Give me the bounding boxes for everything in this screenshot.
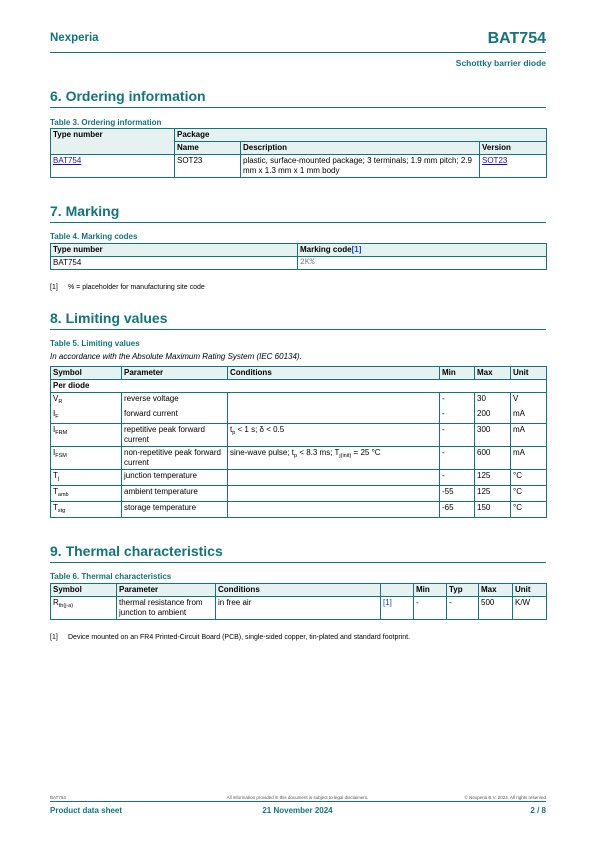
- column-header: Typ: [447, 584, 479, 597]
- table-row: IFSM non-repetitive peak forward current…: [51, 447, 547, 470]
- column-header: Package: [175, 129, 547, 142]
- parameter: repetitive peak forward current: [122, 424, 228, 447]
- footnote-number: [1]: [50, 284, 68, 291]
- table-row: Tamb ambient temperature -55 125 °C: [51, 486, 547, 502]
- min-value: -: [414, 597, 447, 620]
- footer-date: 21 November 2024: [0, 806, 595, 815]
- unit: mA: [511, 408, 547, 424]
- max-value: 125: [475, 470, 511, 486]
- brand-name: Nexperia: [50, 32, 99, 44]
- conditions: [228, 408, 440, 424]
- max-value: 300: [475, 424, 511, 447]
- footnote-text: Device mounted on an FR4 Printed-Circuit…: [68, 634, 410, 641]
- conditions: [228, 470, 440, 486]
- table-subcaption: In accordance with the Absolute Maximum …: [50, 352, 302, 361]
- table-caption: Table 6. Thermal characteristics: [50, 572, 171, 581]
- column-header: Max: [475, 367, 511, 380]
- symbol: Tstg: [51, 502, 122, 518]
- column-header: [381, 584, 414, 597]
- parameter: forward current: [122, 408, 228, 424]
- table-caption: Table 4. Marking codes: [50, 232, 137, 241]
- min-value: -: [440, 393, 475, 409]
- max-value: 200: [475, 408, 511, 424]
- footnote-number: [1]: [50, 634, 68, 641]
- section-divider: [50, 107, 546, 108]
- parameter: thermal resistance from junction to ambi…: [117, 597, 216, 620]
- section-divider: [50, 222, 546, 223]
- column-header: Symbol: [51, 367, 122, 380]
- symbol: Tj: [51, 470, 122, 486]
- min-value: -55: [440, 486, 475, 502]
- column-header: Parameter: [117, 584, 216, 597]
- min-value: -: [440, 424, 475, 447]
- column-header: Symbol: [51, 584, 117, 597]
- column-header: Conditions: [216, 584, 381, 597]
- conditions: tp < 1 s; δ < 0.5: [228, 424, 440, 447]
- max-value: 125: [475, 486, 511, 502]
- min-value: -: [440, 470, 475, 486]
- column-header: Version: [480, 142, 547, 155]
- header-divider: [50, 52, 546, 53]
- unit: °C: [511, 502, 547, 518]
- ordering-table: Type number Package Name Description Ver…: [50, 128, 547, 178]
- symbol: Tamb: [51, 486, 122, 502]
- type-number: BAT754: [51, 257, 298, 270]
- table-caption: Table 5. Limiting values: [50, 339, 140, 348]
- column-header: Min: [414, 584, 447, 597]
- min-value: -: [440, 408, 475, 424]
- section-title-ordering: 6. Ordering information: [50, 88, 206, 104]
- footnote: [1]Device mounted on an FR4 Printed-Circ…: [50, 634, 410, 641]
- typ-value: -: [447, 597, 479, 620]
- page-number: 2 / 8: [530, 806, 546, 815]
- max-value: 150: [475, 502, 511, 518]
- section-title-thermal: 9. Thermal characteristics: [50, 543, 223, 559]
- table-row: BAT754 2K%: [51, 257, 547, 270]
- package-version-link[interactable]: SOT23: [482, 156, 507, 165]
- footnote-reference[interactable]: [1]: [381, 597, 414, 620]
- thermal-table: Symbol Parameter Conditions Min Typ Max …: [50, 583, 547, 620]
- table-row: Rth(j-a) thermal resistance from junctio…: [51, 597, 547, 620]
- section-divider: [50, 329, 546, 330]
- marking-code: 2K%: [298, 257, 547, 270]
- parameter: ambient temperature: [122, 486, 228, 502]
- marking-table: Type number Marking code[1] BAT754 2K%: [50, 243, 547, 270]
- column-header: Max: [479, 584, 513, 597]
- section-title-limiting-values: 8. Limiting values: [50, 310, 167, 326]
- conditions: [228, 486, 440, 502]
- table-row: Tstg storage temperature -65 150 °C: [51, 502, 547, 518]
- parameter: junction temperature: [122, 470, 228, 486]
- conditions: sine-wave pulse; tp < 8.3 ms; Tj(init) =…: [228, 447, 440, 470]
- min-value: -65: [440, 502, 475, 518]
- symbol: IFSM: [51, 447, 122, 470]
- table-row: VR reverse voltage - 30 V: [51, 393, 547, 409]
- section-divider: [50, 562, 546, 563]
- max-value: 500: [479, 597, 513, 620]
- column-header: Min: [440, 367, 475, 380]
- min-value: -: [440, 447, 475, 470]
- parameter: storage temperature: [122, 502, 228, 518]
- unit: mA: [511, 424, 547, 447]
- symbol: IFRM: [51, 424, 122, 447]
- table-row: IF forward current - 200 mA: [51, 408, 547, 424]
- part-number-title: BAT754: [488, 30, 546, 48]
- limiting-values-table: Symbol Parameter Conditions Min Max Unit…: [50, 366, 547, 518]
- parameter: non-repetitive peak forward current: [122, 447, 228, 470]
- marking-code-label: Marking code: [300, 245, 352, 254]
- unit: K/W: [513, 597, 547, 620]
- table-caption: Table 3. Ordering information: [50, 118, 161, 127]
- conditions: in free air: [216, 597, 381, 620]
- column-header: Unit: [511, 367, 547, 380]
- column-header: Marking code[1]: [298, 244, 547, 257]
- footnote: [1]% = placeholder for manufacturing sit…: [50, 284, 205, 291]
- package-description: plastic, surface-mounted package; 3 term…: [241, 155, 480, 178]
- unit: °C: [511, 470, 547, 486]
- document-subtitle: Schottky barrier diode: [456, 58, 546, 68]
- table-row: BAT754 SOT23 plastic, surface-mounted pa…: [51, 155, 547, 178]
- table-row: Tj junction temperature - 125 °C: [51, 470, 547, 486]
- column-header: Conditions: [228, 367, 440, 380]
- unit: °C: [511, 486, 547, 502]
- max-value: 600: [475, 447, 511, 470]
- unit: V: [511, 393, 547, 409]
- footer-copyright: © Nexperia B.V. 2024. All rights reserve…: [465, 795, 546, 800]
- footnote-reference[interactable]: [1]: [352, 245, 362, 254]
- unit: mA: [511, 447, 547, 470]
- symbol: Rth(j-a): [51, 597, 117, 620]
- type-number-link[interactable]: BAT754: [53, 156, 81, 165]
- symbol: VR: [51, 393, 122, 409]
- column-header: Description: [241, 142, 480, 155]
- symbol: IF: [51, 408, 122, 424]
- max-value: 30: [475, 393, 511, 409]
- parameter: reverse voltage: [122, 393, 228, 409]
- column-header: Type number: [51, 244, 298, 257]
- column-header: Parameter: [122, 367, 228, 380]
- conditions: [228, 502, 440, 518]
- conditions: [228, 393, 440, 409]
- section-title-marking: 7. Marking: [50, 203, 119, 219]
- footnote-text: % = placeholder for manufacturing site c…: [68, 284, 205, 291]
- column-header: Unit: [513, 584, 547, 597]
- footer-divider: [50, 801, 546, 802]
- column-header: Type number: [51, 129, 175, 155]
- table-row: IFRM repetitive peak forward current tp …: [51, 424, 547, 447]
- group-label: Per diode: [51, 380, 547, 393]
- column-header: Name: [175, 142, 241, 155]
- package-name: SOT23: [175, 155, 241, 178]
